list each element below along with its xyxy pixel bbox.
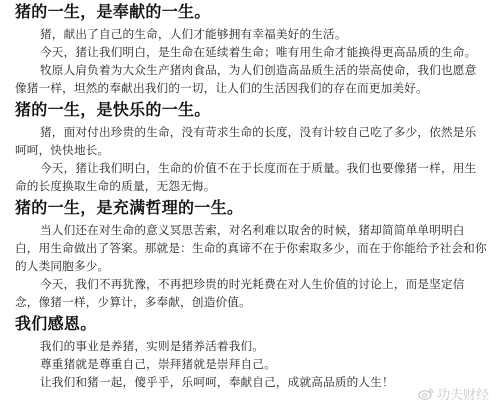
paragraph: 牧原人肩负着为大众生产猪肉食品，为人们创造高品质生活的崇高使命，我们也愿意像猪一… (15, 61, 487, 97)
watermark-text: 功夫财经 (437, 384, 489, 403)
document-body: 猪的一生，是奉献的一生。 猪，献出了自己的生命，人们才能够拥有幸福美好的生活。 … (15, 2, 487, 394)
paragraph: 今天，我们不再犹豫，不再把珍贵的时光耗费在对人生价值的讨论上，而是坚定信念，像猪… (15, 275, 487, 311)
section-dedication: 猪的一生，是奉献的一生。 猪，献出了自己的生命，人们才能够拥有幸福美好的生活。 … (15, 2, 487, 97)
section-gratitude: 我们感恩。 我们的事业是养猪，实则是猪养活着我们。 尊重猪就是尊重自己，崇拜猪就… (15, 314, 487, 391)
section-title: 猪的一生，是奉献的一生。 (15, 2, 487, 22)
section-title: 猪的一生，是快乐的一生。 (15, 100, 487, 120)
paragraph: 猪，献出了自己的生命，人们才能够拥有幸福美好的生活。 (15, 25, 487, 43)
watermark: 功夫财经 (418, 384, 489, 403)
paragraph: 我们的事业是养猪，实则是猪养活着我们。 (15, 337, 487, 355)
section-philosophy: 猪的一生，是充满哲理的一生。 当人们还在对生命的意义冥思苦索，对名利难以取舍的时… (15, 198, 487, 311)
paragraph: 今天，猪让我们明白，是生命在延续着生命；唯有用生命才能换得更高品质的生命。 (15, 43, 487, 61)
paragraph: 猪，面对付出珍贵的生命，没有苛求生命的长度，没有计较自己吃了多少，依然是乐呵呵，… (15, 123, 487, 159)
paragraph: 尊重猪就是尊重自己，崇拜猪就是崇拜自己。 (15, 355, 487, 373)
section-title: 猪的一生，是充满哲理的一生。 (15, 198, 487, 218)
paragraph: 今天，猪让我们明白，生命的价值不在于长度而在于质量。我们也要像猪一样，用生命的长… (15, 159, 487, 195)
paragraph: 当人们还在对生命的意义冥思苦索，对名利难以取舍的时候，猪却简简单单明明白白，用生… (15, 221, 487, 275)
section-title: 我们感恩。 (15, 314, 487, 334)
paragraph: 让我们和猪一起，傻乎乎，乐呵呵，奉献自己，成就高品质的人生！ (15, 373, 487, 391)
weibo-icon (418, 387, 434, 400)
section-happiness: 猪的一生，是快乐的一生。 猪，面对付出珍贵的生命，没有苛求生命的长度，没有计较自… (15, 100, 487, 195)
